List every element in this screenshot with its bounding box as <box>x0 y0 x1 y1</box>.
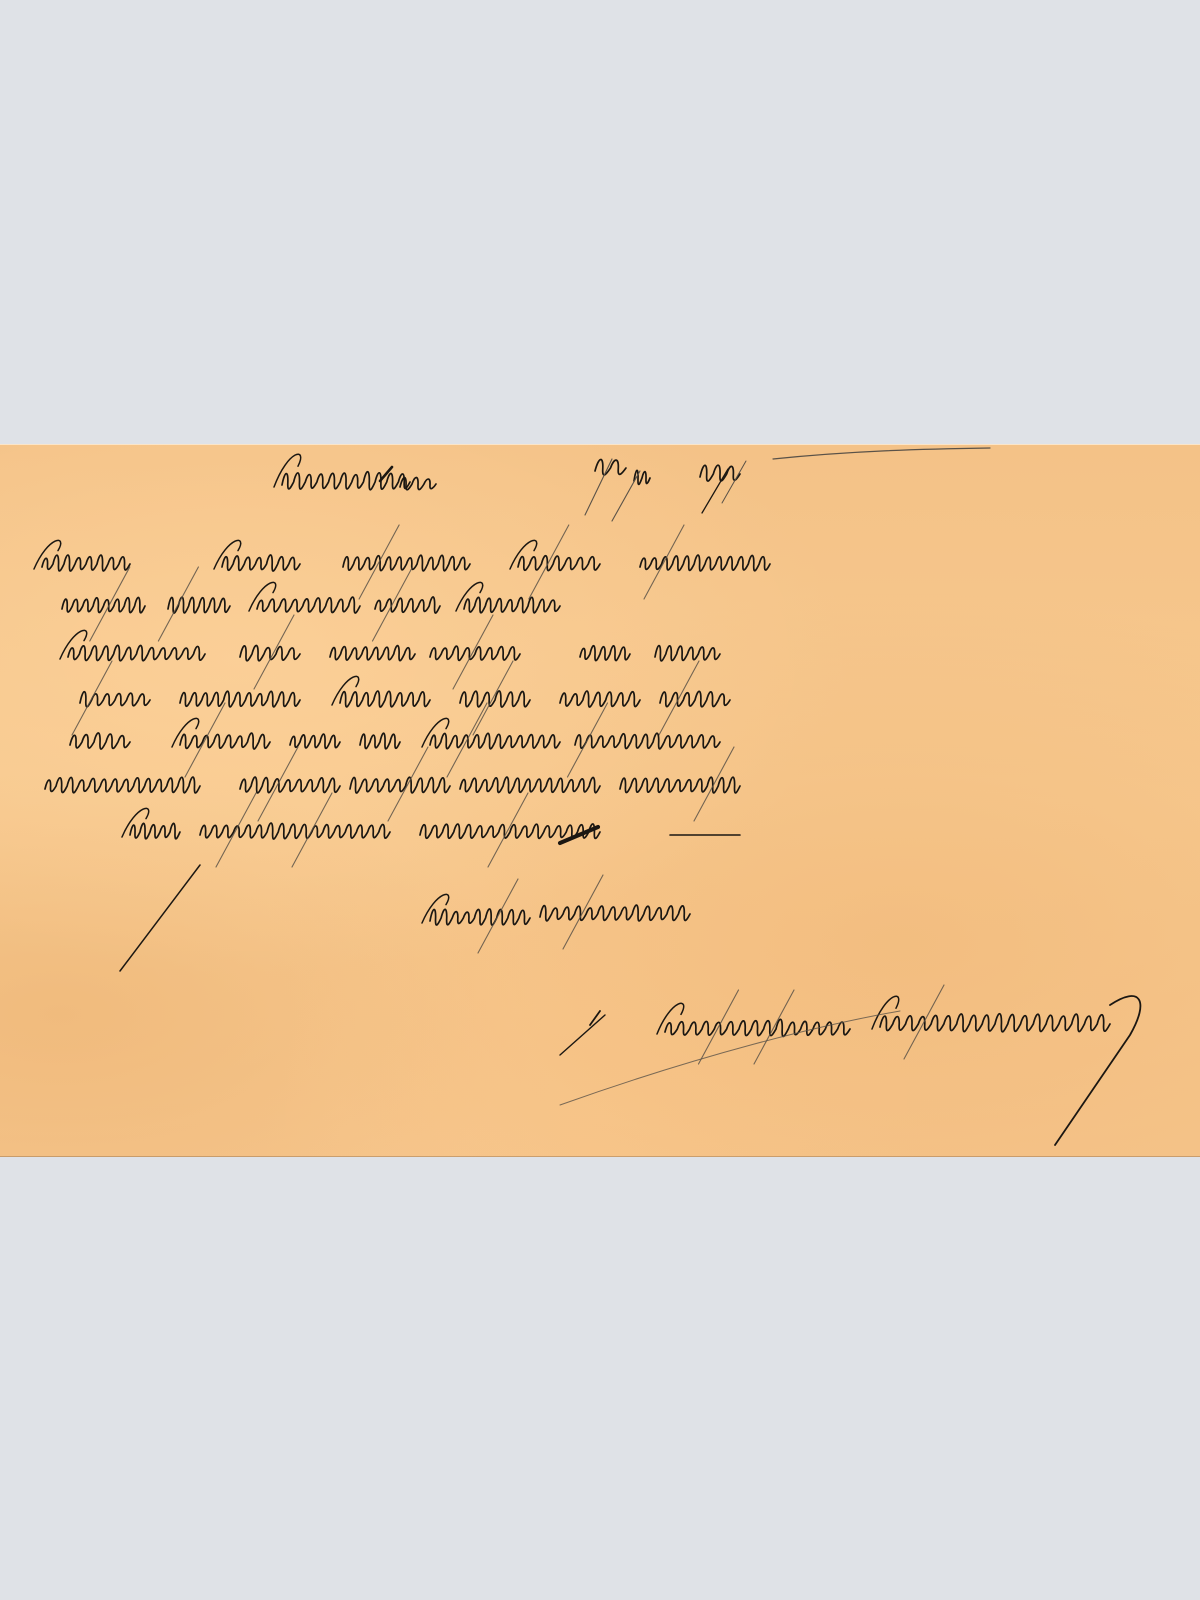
image-viewer: Annaberg 2/9 79 Wenn Sie genannte Seife … <box>0 0 1200 1600</box>
handwriting-strokes <box>0 445 1200 1157</box>
postcard-scan: Annaberg 2/9 79 Wenn Sie genannte Seife … <box>0 444 1200 1157</box>
